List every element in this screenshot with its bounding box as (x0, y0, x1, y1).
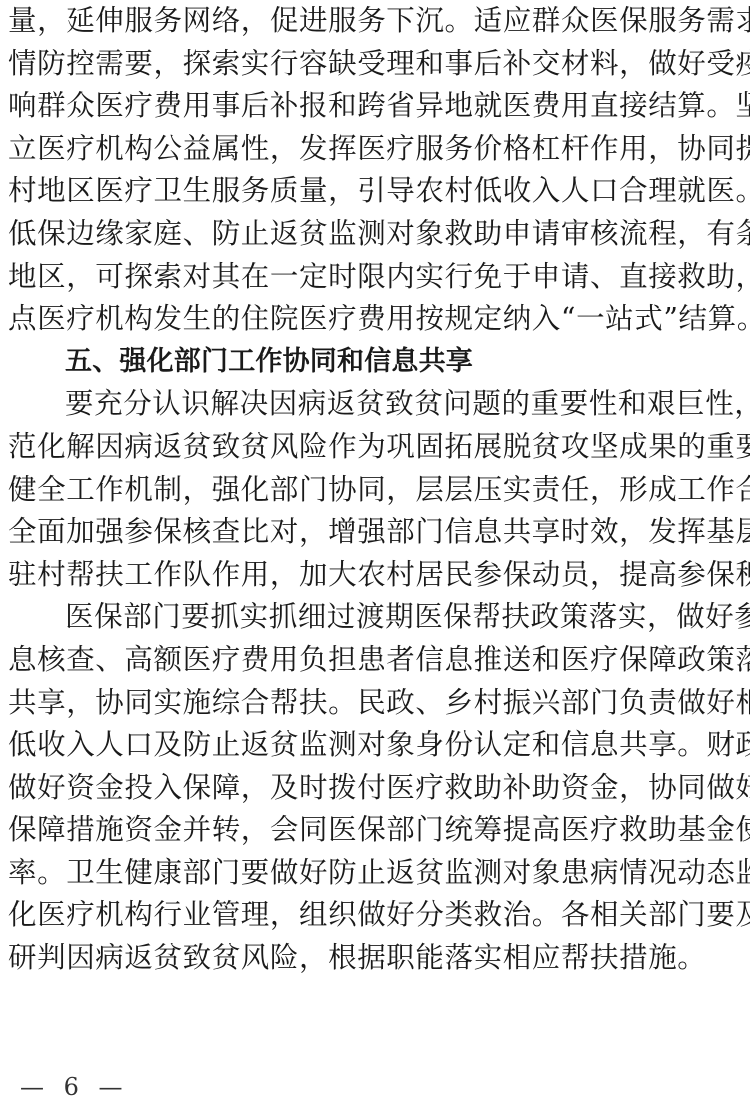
text-line: 率。卫生健康部门要做好防止返贫监测对象患病情况动态监测，强 (8, 852, 742, 895)
text-line: 村地区医疗卫生服务质量，引导农村低收入人口合理就医。简化 (8, 170, 742, 213)
text-line: 息核查、高额医疗费用负担患者信息推送和医疗保障政策落实情况 (8, 639, 742, 682)
section-heading: 五、强化部门工作协同和信息共享 (8, 341, 742, 384)
text-line: 响群众医疗费用事后补报和跨省异地就医费用直接结算。坚持公 (8, 85, 742, 128)
paragraph-1: 要充分认识解决因病返贫致贫问题的重要性和艰巨性，把防 范化解因病返贫致贫风险作为… (8, 383, 742, 596)
text-line: 低保边缘家庭、防止返贫监测对象救助申请审核流程，有条件的 (8, 213, 742, 256)
paragraph-continued: 量，延伸服务网络，促进服务下沉。适应群众医保服务需求和疫 情防控需要，探索实行容… (8, 0, 742, 341)
document-page: 量，延伸服务网络，促进服务下沉。适应群众医保服务需求和疫 情防控需要，探索实行容… (8, 0, 742, 980)
text-line: 保障措施资金并转，会同医保部门统筹提高医疗救助基金使用效 (8, 809, 742, 852)
text-line: 情防控需要，探索实行容缺受理和事后补交材料，做好受疫情影 (8, 43, 742, 86)
text-line: 做好资金投入保障，及时拨付医疗救助补助资金，协同做好超常规 (8, 767, 742, 810)
text-line: 医保部门要抓实抓细过渡期医保帮扶政策落实，做好参保信 (8, 596, 742, 639)
text-line: 全面加强参保核查比对，增强部门信息共享时效，发挥基层组织和 (8, 511, 742, 554)
text-line: 低收入人口及防止返贫监测对象身份认定和信息共享。财政部门要 (8, 724, 742, 767)
text-line: 量，延伸服务网络，促进服务下沉。适应群众医保服务需求和疫 (8, 0, 742, 43)
text-line: 共享，协同实施综合帮扶。民政、乡村振兴部门负责做好相关农村 (8, 682, 742, 725)
text-line: 研判因病返贫致贫风险，根据职能落实相应帮扶措施。 (8, 937, 742, 980)
text-line: 立医疗机构公益属性，发挥医疗服务价格杠杆作用，协同提高农 (8, 128, 742, 171)
text-line: 化医疗机构行业管理，组织做好分类救治。各相关部门要及时汇总 (8, 894, 742, 937)
text-line: 范化解因病返贫致贫风险作为巩固拓展脱贫攻坚成果的重要任务， (8, 426, 742, 469)
text-line: 驻村帮扶工作队作用，加大农村居民参保动员，提高参保积极性。 (8, 554, 742, 597)
paragraph-2: 医保部门要抓实抓细过渡期医保帮扶政策落实，做好参保信 息核查、高额医疗费用负担患… (8, 596, 742, 979)
page-number: — 6 — (20, 1073, 129, 1101)
text-line: 健全工作机制，强化部门协同，层层压实责任，形成工作合力。要 (8, 469, 742, 512)
text-line: 点医疗机构发生的住院医疗费用按规定纳入“一站式”结算。 (8, 298, 742, 341)
text-line: 要充分认识解决因病返贫致贫问题的重要性和艰巨性，把防 (8, 383, 742, 426)
text-line: 地区，可探索对其在一定时限内实行免于申请、直接救助，在定 (8, 256, 742, 299)
